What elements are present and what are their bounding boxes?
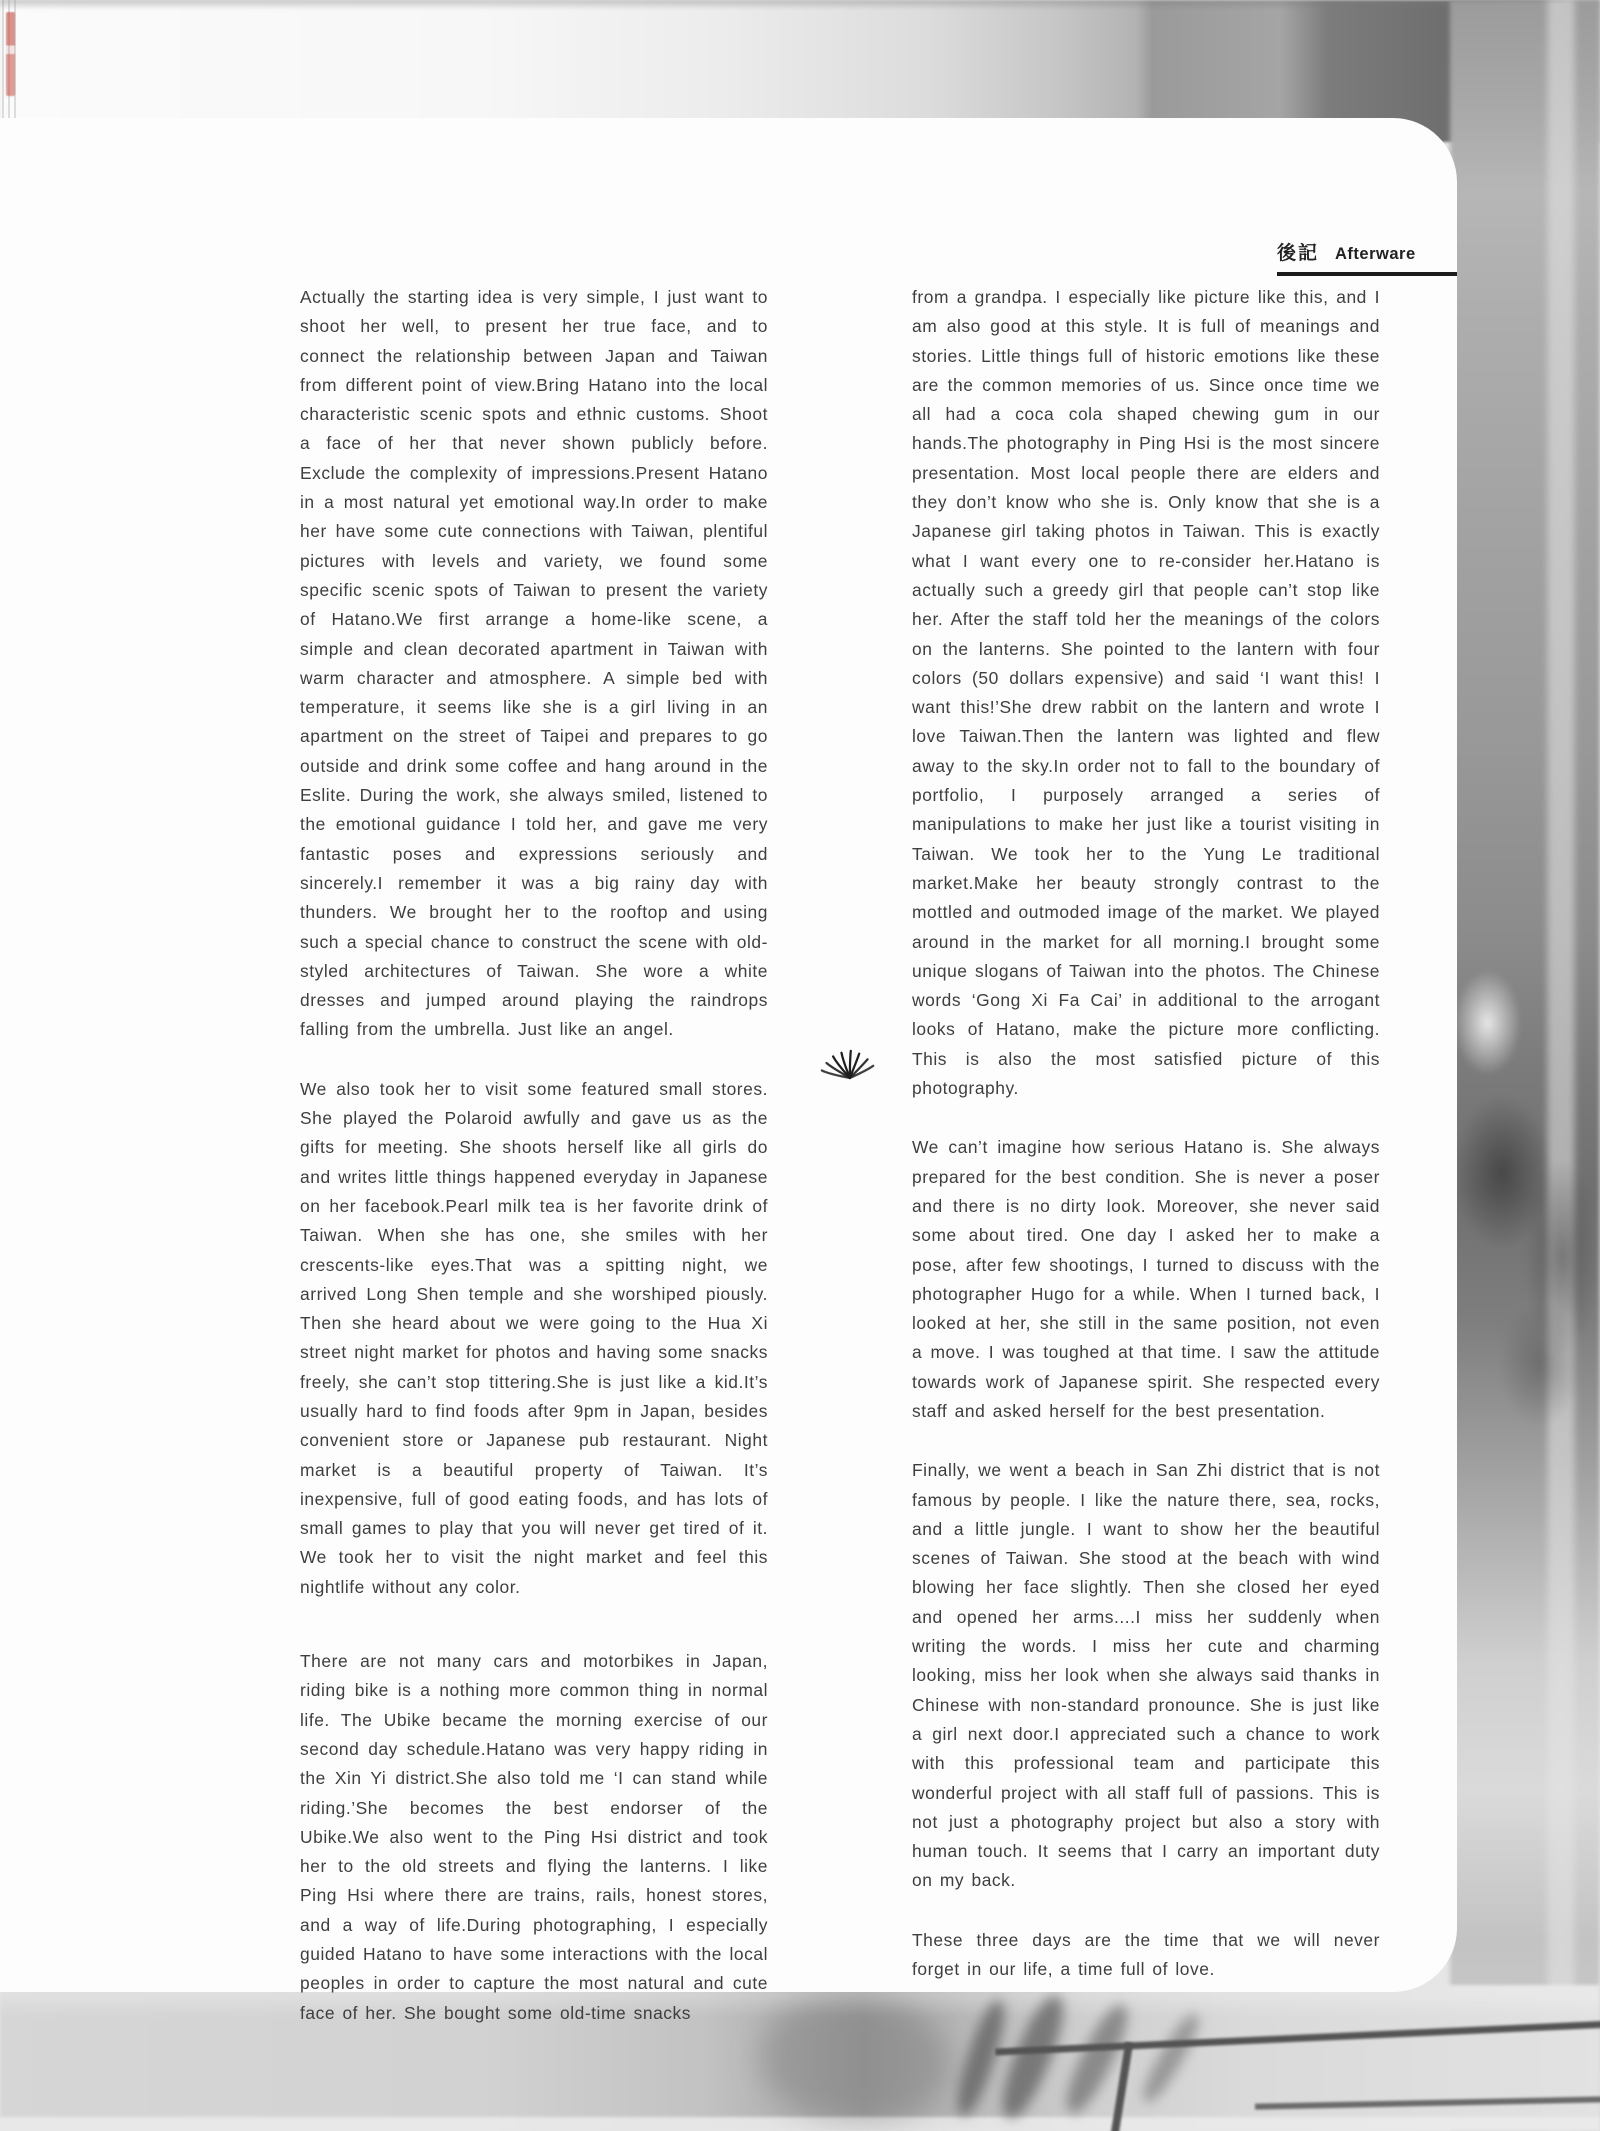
eyelash-fan-icon <box>820 1044 876 1082</box>
red-edge-marks <box>6 12 15 96</box>
background-photo-right-band <box>1450 0 1600 2131</box>
photobook-afterword-page: 後記Afterware Actually the starting idea i… <box>0 0 1600 2131</box>
paragraph: Finally, we went a beach in San Zhi dist… <box>912 1456 1380 1895</box>
section-title-cjk: 後記 <box>1277 243 1319 264</box>
paragraph: Actually the starting idea is very simpl… <box>300 283 768 1045</box>
section-header: 後記Afterware <box>1277 238 1457 276</box>
paragraph: These three days are the time that we wi… <box>912 1926 1380 1985</box>
paragraph: from a grandpa. I especially like pictur… <box>912 283 1380 1103</box>
section-title-en: Afterware <box>1335 245 1416 263</box>
paragraph: There are not many cars and motorbikes i… <box>300 1647 768 2028</box>
paragraph: We can’t imagine how serious Hatano is. … <box>912 1133 1380 1426</box>
text-column-right: from a grandpa. I especially like pictur… <box>912 283 1380 1984</box>
text-column-left: Actually the starting idea is very simpl… <box>300 283 768 2028</box>
page-card: 後記Afterware Actually the starting idea i… <box>0 118 1457 1992</box>
paragraph: We also took her to visit some featured … <box>300 1075 768 1602</box>
